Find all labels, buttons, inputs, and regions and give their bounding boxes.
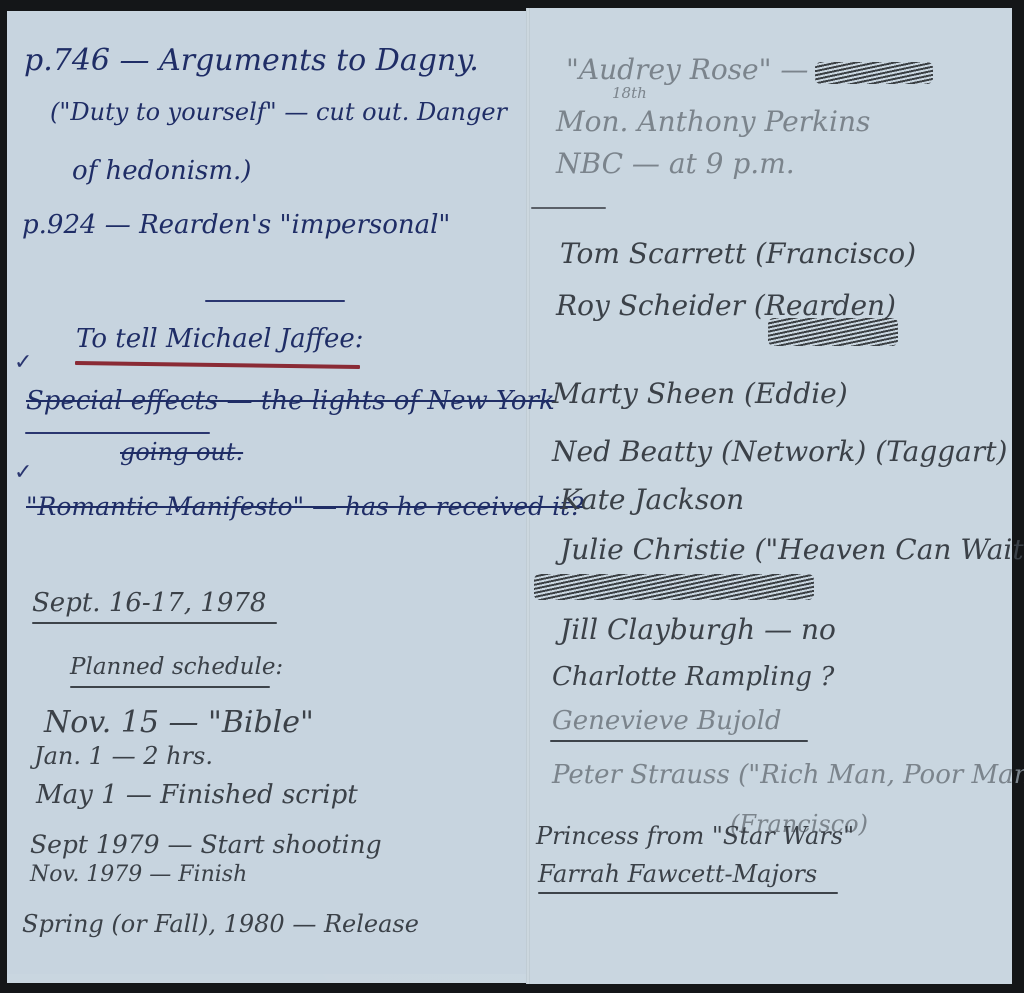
cast-role: (Francisco) <box>755 237 916 270</box>
cast-role: (Eddie) <box>744 377 848 410</box>
cast-actor: Marty Sheen <box>552 377 735 410</box>
schedule-what: — "Bible" <box>169 705 314 740</box>
schedule-what: — Finish <box>149 862 247 887</box>
scribbled-out-text <box>815 62 933 84</box>
cast-row: Ned Beatty (Network) (Taggart) <box>552 438 1007 466</box>
cast-row: Princess from "Star Wars" <box>536 824 854 848</box>
schedule-what: — Start shooting <box>168 830 382 859</box>
cast-row: Peter Strauss ("Rich Man, Poor Man") <box>552 762 1024 788</box>
cast-actor: Genevieve Bujold <box>552 706 782 736</box>
schedule-when: Spring (or Fall), 1980 <box>22 910 285 938</box>
schedule-row: Spring (or Fall), 1980 — Release <box>22 912 419 936</box>
cast-row: Genevieve Bujold <box>552 708 782 734</box>
note-line: ("Duty to yourself" — cut out. Danger <box>50 100 507 124</box>
item-romantic-manifesto: "Romantic Manifesto" — has he received i… <box>26 494 584 519</box>
schedule-heading: Planned schedule: <box>70 656 283 679</box>
schedule-when: Jan. 1 <box>34 742 104 770</box>
schedule-underline <box>70 686 270 688</box>
divider-rule <box>205 300 345 302</box>
cast-row: Tom Scarrett (Francisco) <box>560 240 916 268</box>
cast-role: ? <box>820 662 834 692</box>
cast-actor: Roy Scheider <box>556 289 745 322</box>
schedule-when: Sept 1979 <box>30 830 160 859</box>
cast-actor: Jill Clayburgh <box>560 613 755 646</box>
schedule-when: Nov. 1979 <box>30 862 142 887</box>
cast-row: Farrah Fawcett-Majors <box>538 862 817 886</box>
schedule-row: Nov. 15 — "Bible" <box>44 708 314 738</box>
divider-rule <box>531 207 606 209</box>
cast-row: Roy Scheider (Rearden) <box>556 292 896 320</box>
cast-row: Jill Clayburgh — no <box>560 616 836 644</box>
scribbled-out-name <box>534 574 814 600</box>
schedule-row: May 1 — Finished script <box>36 782 358 808</box>
tv-note-title: "Audrey Rose" — <box>566 56 808 84</box>
cast-actor: Farrah Fawcett-Majors <box>538 860 817 888</box>
cast-row: Marty Sheen (Eddie) <box>552 380 848 408</box>
cast-actor: Peter Strauss <box>552 760 730 790</box>
cast-actor: Ned Beatty <box>552 435 712 468</box>
cast-actor: Charlotte Rampling <box>552 662 812 692</box>
cast-underline <box>550 740 808 742</box>
cast-underline <box>538 892 838 894</box>
schedule-row: Nov. 1979 — Finish <box>30 864 247 886</box>
date-heading: Sept. 16-17, 1978 <box>32 590 266 616</box>
note-line: p.924 — Rearden's "impersonal" <box>22 212 450 238</box>
heading-to-tell: To tell Michael Jaffee: <box>76 326 364 352</box>
schedule-what: — Finished script <box>126 780 358 810</box>
item-underline <box>25 432 210 434</box>
item-continuation: going out. <box>120 440 243 464</box>
schedule-row: Sept 1979 — Start shooting <box>30 832 382 857</box>
checkmark-icon: ✓ <box>14 350 32 375</box>
tv-note-line: NBC — at 9 p.m. <box>556 150 795 178</box>
note-line: of hedonism.) <box>72 158 251 184</box>
cast-actor: Julie Christie <box>560 533 746 566</box>
cast-row: Julie Christie ("Heaven Can Wait") <box>560 536 1024 564</box>
cast-actor: Princess from "Star Wars" <box>536 822 854 850</box>
schedule-what: — Release <box>292 910 419 938</box>
cast-role: — no <box>764 613 836 646</box>
cast-row: Kate Jackson <box>560 486 744 514</box>
cast-actor: Tom Scarrett <box>560 237 746 270</box>
date-underline <box>32 622 277 624</box>
cast-actor: Kate Jackson <box>560 483 744 516</box>
cast-role: ("Rich Man, Poor Man") <box>738 760 1024 790</box>
checkmark-icon: ✓ <box>14 460 32 485</box>
cast-role: (Network) (Taggart) <box>721 435 1007 468</box>
schedule-when: Nov. 15 <box>44 705 159 740</box>
schedule-what: — 2 hrs. <box>112 742 213 770</box>
item-special-effects: Special effects — the lights of New York <box>26 388 555 414</box>
note-line: p.746 — Arguments to Dagny. <box>24 46 479 76</box>
schedule-row: Jan. 1 — 2 hrs. <box>34 744 213 768</box>
tv-note-superscript: 18th <box>612 86 647 101</box>
scribbled-out-role <box>768 318 898 346</box>
cast-row: Charlotte Rampling ? <box>552 664 834 690</box>
schedule-when: May 1 <box>36 780 118 810</box>
cast-role: ("Heaven Can Wait") <box>755 533 1024 566</box>
tv-note-line: Mon. Anthony Perkins <box>556 108 870 136</box>
